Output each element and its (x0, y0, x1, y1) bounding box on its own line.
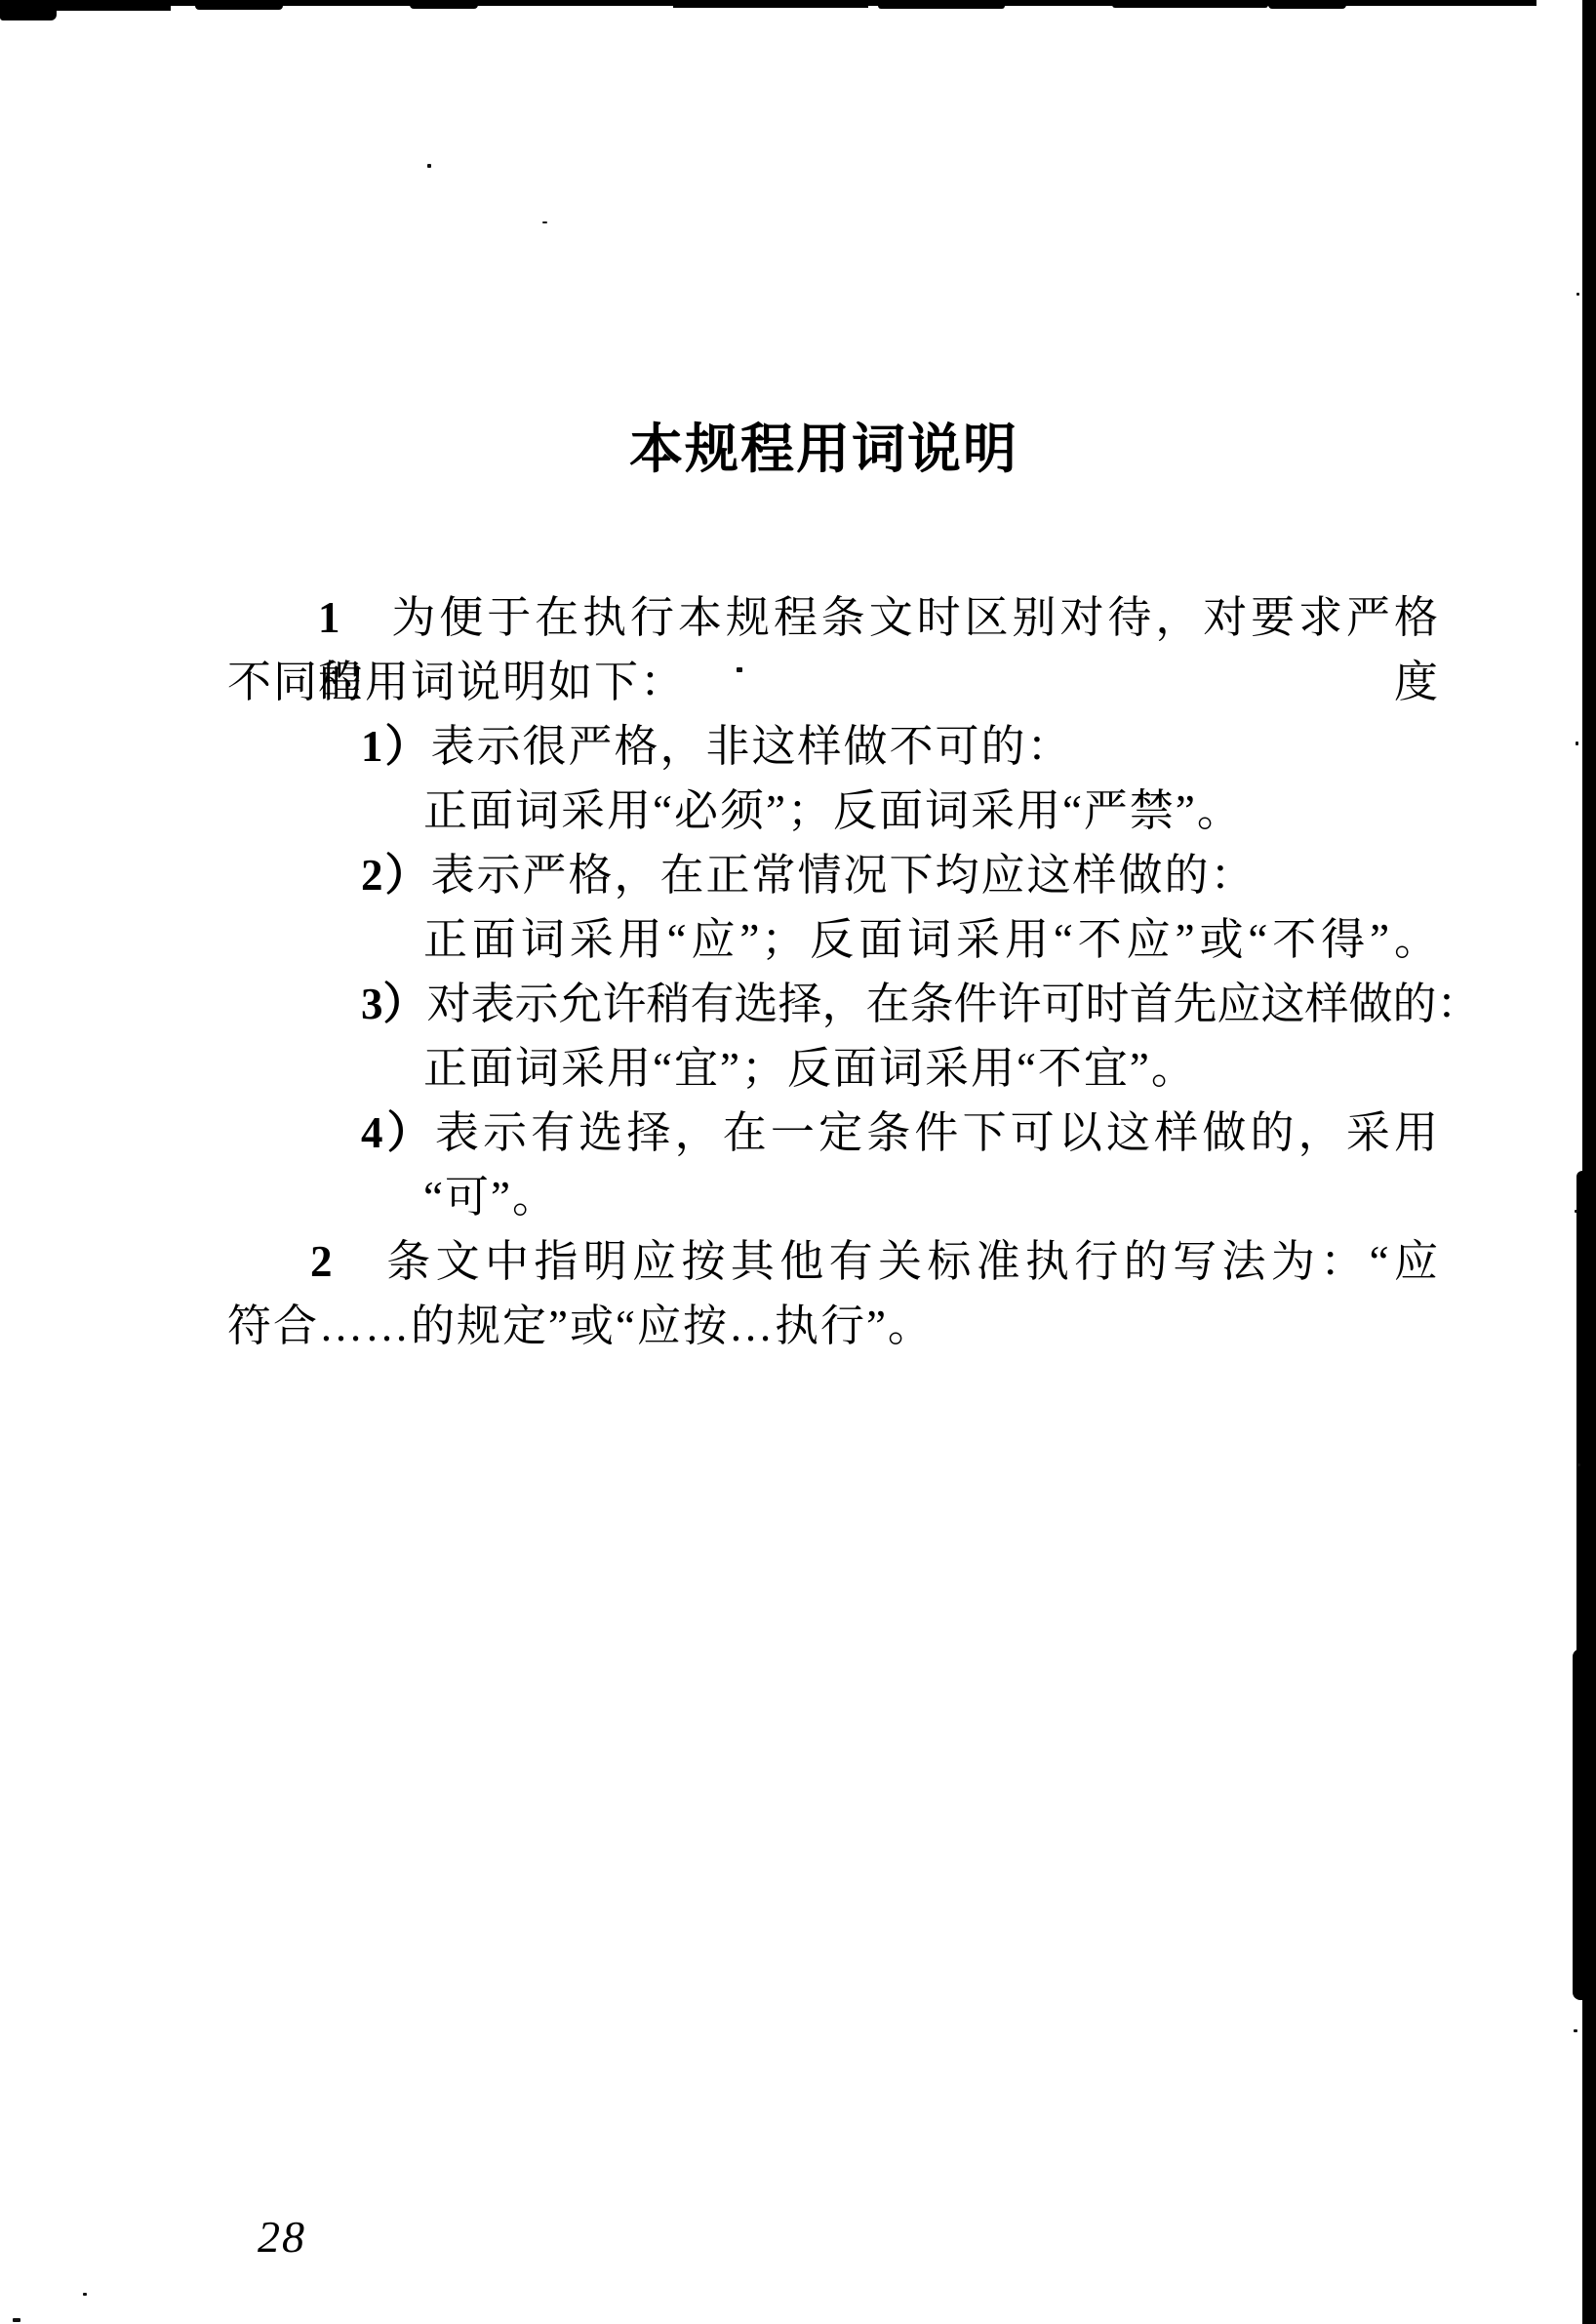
scan-speck (542, 221, 547, 223)
page-title: 本规程用词说明 (629, 420, 1018, 480)
clause-1-line-1: 1 为便于在执行本规程条文时区别对待，对要求严格程度 (227, 585, 1440, 650)
scanned-document-page: 本规程用词说明 1 为便于在执行本规程条文时区别对待，对要求严格程度 不同的用词… (0, 0, 1596, 2324)
line-text: 条文中指明应按其他有关标准执行的写法为：“应 (335, 1237, 1441, 1286)
item-3-number: 3） (361, 980, 427, 1028)
scan-artifact-blob (878, 1, 1005, 9)
line-text: 正面词采用“宜”；反面词采用“不宜”。 (423, 1044, 1197, 1093)
line-text: 表示严格，在正常情况下均应这样做的： (431, 851, 1257, 900)
item-3-line-2: 正面词采用“宜”；反面词采用“不宜”。 (227, 1036, 1440, 1101)
item-2-number: 2） (361, 851, 431, 900)
scan-artifact-blob (1112, 0, 1268, 8)
item-3-line-1: 3）对表示允许稍有选择，在条件许可时首先应这样做的： (227, 972, 1440, 1036)
item-4-line-2: “可”。 (227, 1165, 1440, 1229)
item-4-line-1: 4）表示有选择，在一定条件下可以这样做的，采用 (227, 1101, 1440, 1165)
scan-artifact-top-left-corner (0, 0, 57, 20)
scan-speck (13, 2318, 20, 2322)
scan-artifact-right-band-bulge (1573, 1649, 1586, 2000)
scan-artifact-blob (673, 2, 868, 8)
scan-artifact-right-band-bulge (1576, 1171, 1586, 1659)
clause-2-line-2: 符合……的规定”或“应按…执行”。 (227, 1294, 1440, 1358)
line-text: 表示有选择，在一定条件下可以这样做的，采用 (435, 1108, 1440, 1157)
scan-speck (1577, 1463, 1580, 1466)
item-2-line-2: 正面词采用“应”；反面词采用“不应”或“不得”。 (227, 907, 1440, 972)
page-number: 28 (258, 2213, 306, 2262)
scan-speck (83, 2293, 87, 2296)
line-text: “可”。 (423, 1173, 558, 1222)
scan-artifact-blob (1268, 0, 1346, 9)
line-text: 表示很严格，非这样做不可的： (431, 722, 1073, 771)
line-text: 正面词采用“应”；反面词采用“不应”或“不得”。 (423, 915, 1440, 964)
item-2-line-1: 2）表示严格，在正常情况下均应这样做的： (227, 843, 1440, 907)
clause-1-number: 1 (318, 593, 342, 642)
scan-artifact-blob (410, 0, 478, 9)
line-text: 符合……的规定”或“应按…执行”。 (227, 1302, 934, 1350)
clause-2-number: 2 (310, 1237, 335, 1286)
item-1-number: 1） (361, 722, 431, 771)
line-text: 对表示允许稍有选择，在条件许可时首先应这样做的： (427, 980, 1481, 1028)
scan-speck (427, 164, 431, 168)
scan-speck (1576, 293, 1579, 296)
scan-artifact-blob (195, 0, 283, 10)
line-text: 不同的用词说明如下： (227, 658, 686, 706)
line-text: 正面词采用“必须”；反面词采用“严禁”。 (423, 786, 1243, 835)
scan-speck (1576, 741, 1578, 745)
item-4-number: 4） (361, 1108, 435, 1157)
scan-speck (1574, 2029, 1577, 2032)
clause-2-line-1: 2 条文中指明应按其他有关标准执行的写法为：“应 (227, 1229, 1440, 1294)
item-1-line-1: 1）表示很严格，非这样做不可的： (227, 714, 1440, 779)
scan-speck (1575, 1210, 1577, 1213)
item-1-line-2: 正面词采用“必须”；反面词采用“严禁”。 (227, 779, 1440, 843)
body-text: 1 为便于在执行本规程条文时区别对待，对要求严格程度 不同的用词说明如下： 1）… (227, 585, 1440, 1358)
